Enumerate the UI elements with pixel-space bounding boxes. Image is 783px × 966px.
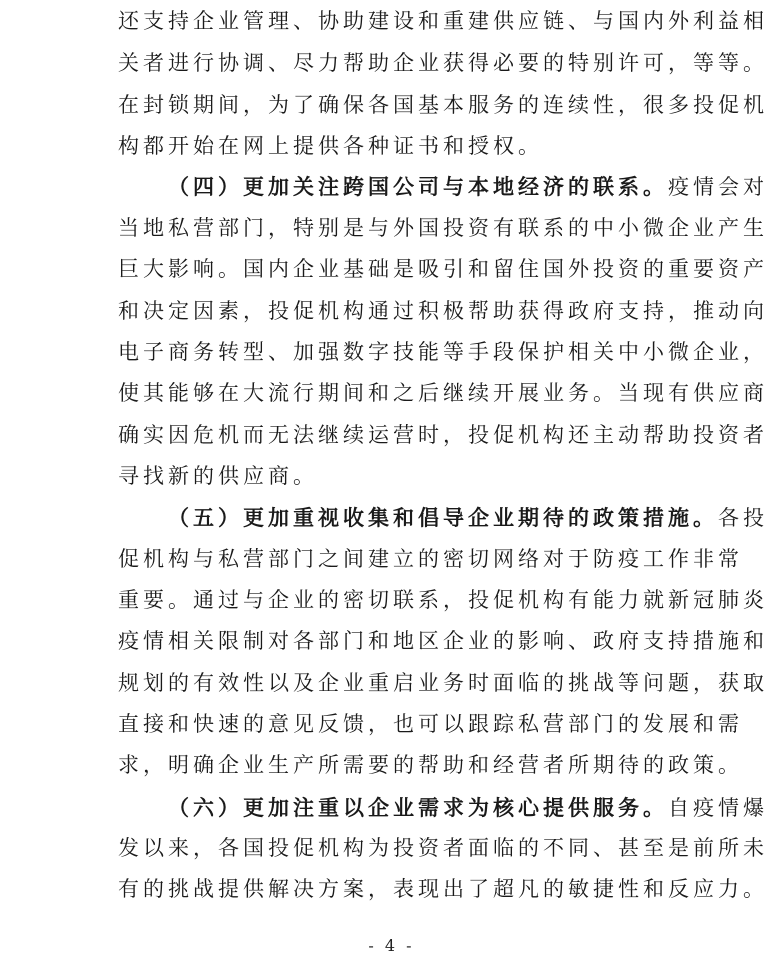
paragraph-line: 直接和快速的意见反馈，也可以跟踪私营部门的发展和需 bbox=[118, 704, 743, 745]
paragraph-line: 还支持企业管理、协助建设和重建供应链、与国内外利益相 bbox=[118, 1, 768, 42]
section-text: 各投 bbox=[718, 506, 768, 530]
paragraph-line: 使其能够在大流行期间和之后继续开展业务。当现有供应商 bbox=[118, 373, 768, 414]
paragraph-line: 电子商务转型、加强数字技能等手段保护相关中小微企业， bbox=[118, 332, 768, 373]
paragraph-line: 关者进行协调、尽力帮助企业获得必要的特别许可，等等。 bbox=[118, 43, 768, 84]
paragraph-line: 巨大影响。国内企业基础是吸引和留住国外投资的重要资产 bbox=[118, 249, 768, 290]
section-heading-line: （四）更加关注跨国公司与本地经济的联系。疫情会对 bbox=[168, 166, 768, 207]
paragraph-line: 当地私营部门，特别是与外国投资有联系的中小微企业产生 bbox=[118, 208, 768, 249]
section-heading-5: （五）更加重视收集和倡导企业期待的政策措施。 bbox=[168, 505, 718, 530]
section-text: 疫情会对 bbox=[668, 175, 768, 199]
paragraph-line: 寻找新的供应商。 bbox=[118, 456, 318, 497]
paragraph-line: 规划的有效性以及企业重启业务时面临的挑战等问题，获取 bbox=[118, 663, 768, 704]
paragraph-line: 疫情相关限制对各部门和地区企业的影响、政府支持措施和 bbox=[118, 621, 768, 662]
paragraph-line: 促机构与私营部门之间建立的密切网络对于防疫工作非常 bbox=[118, 539, 743, 580]
page-number: - 4 - bbox=[0, 936, 783, 955]
section-heading-4: （四）更加关注跨国公司与本地经济的联系。 bbox=[168, 174, 668, 199]
section-text: 自疫情爆 bbox=[668, 796, 768, 820]
paragraph-line: 和决定因素，投促机构通过积极帮助获得政府支持，推动向 bbox=[118, 291, 768, 332]
section-heading-line: （六）更加注重以企业需求为核心提供服务。自疫情爆 bbox=[168, 787, 768, 828]
paragraph-line: 确实因危机而无法继续运营时，投促机构还主动帮助投资者 bbox=[118, 415, 768, 456]
paragraph-line: 重要。通过与企业的密切联系，投促机构有能力就新冠肺炎 bbox=[118, 580, 768, 621]
section-heading-6: （六）更加注重以企业需求为核心提供服务。 bbox=[168, 795, 668, 820]
paragraph-line: 在封锁期间，为了确保各国基本服务的连续性，很多投促机 bbox=[118, 85, 768, 126]
paragraph-line: 有的挑战提供解决方案，表现出了超凡的敏捷性和反应力。 bbox=[118, 869, 768, 910]
paragraph-line: 发以来，各国投促机构为投资者面临的不同、甚至是前所未 bbox=[118, 828, 768, 869]
section-heading-line: （五）更加重视收集和倡导企业期待的政策措施。各投 bbox=[168, 497, 768, 538]
paragraph-line: 求，明确企业生产所需要的帮助和经营者所期待的政策。 bbox=[118, 745, 743, 786]
paragraph-line: 构都开始在网上提供各种证书和授权。 bbox=[118, 126, 543, 167]
